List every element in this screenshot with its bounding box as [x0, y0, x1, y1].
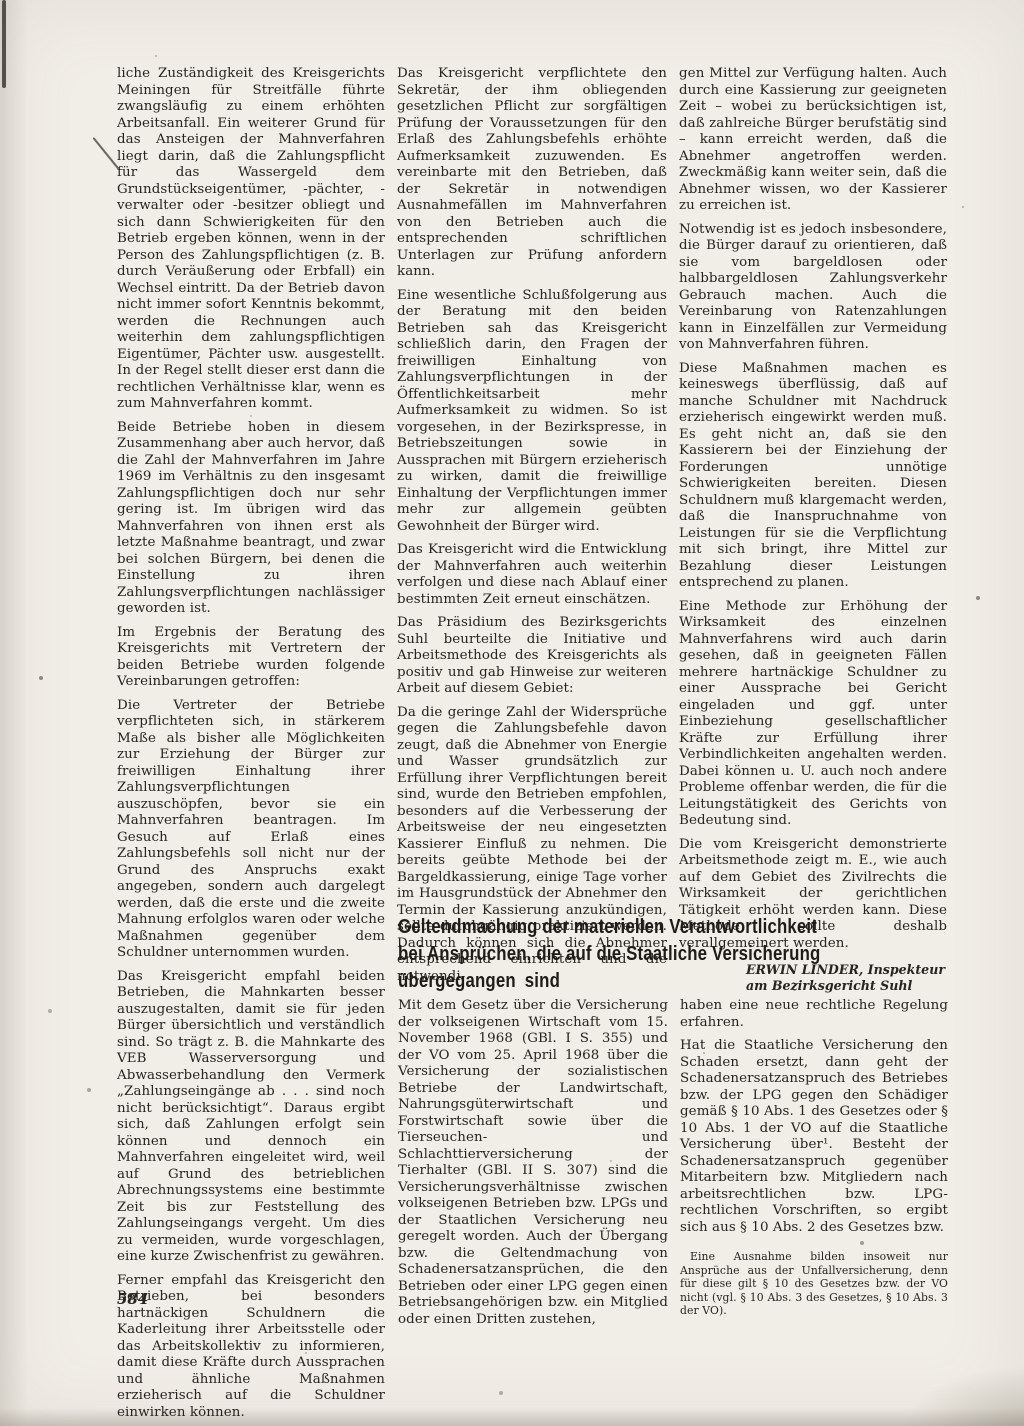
paragraph: haben eine neue rechtliche Regelung erfa…: [680, 998, 948, 1031]
paragraph: liche Zuständigkeit des Kreisgerichts Me…: [117, 66, 385, 413]
paragraph: Im Ergebnis der Beratung des Kreisgerich…: [117, 625, 385, 691]
footnote: Eine Ausnahme bilden insoweit nur Ansprü…: [680, 1250, 948, 1318]
page-number: 584: [117, 1290, 148, 1308]
paragraph: Notwendig ist es jedoch insbesondere, di…: [679, 222, 947, 354]
article2-title-line-2: bei Ansprüchen, die auf die Staatliche V…: [398, 941, 952, 968]
paragraph: Die Vertreter der Betriebe verpflichtete…: [117, 698, 385, 962]
paragraph: Ferner empfahl das Kreisgericht den Betr…: [117, 1273, 385, 1422]
paragraph: Eine Methode zur Erhöhung der Wirksamkei…: [679, 599, 947, 830]
paragraph: Beide Betriebe hoben in diesem Zusammenh…: [117, 420, 385, 618]
article2-title: Geltendmachung der materiellen Verantwor…: [398, 914, 952, 995]
scan-left-edge-shading: [0, 0, 28, 1426]
paragraph: Das Kreisgericht empfahl beiden Betriebe…: [117, 969, 385, 1266]
article2-title-line-1: Geltendmachung der materiellen Verantwor…: [398, 914, 952, 941]
paragraph: Hat die Staatliche Versicherung den Scha…: [680, 1038, 948, 1236]
article2-column-right: haben eine neue rechtliche Regelung erfa…: [680, 998, 948, 1335]
paragraph: Das Präsidium des Bezirksgerichts Suhl b…: [397, 615, 667, 698]
article2-title-line-3: übergegangen sind: [398, 968, 952, 995]
paragraph: gen Mittel zur Verfügung halten. Auch du…: [679, 66, 947, 215]
paragraph: Mit dem Gesetz über die Versicherung der…: [398, 998, 668, 1328]
paragraph: Eine wesentliche Schlußfolgerung aus der…: [397, 288, 667, 536]
scan-specks: [0, 0, 2, 2]
article1-column-1: liche Zuständigkeit des Kreisgerichts Me…: [117, 66, 385, 1426]
paragraph: Das Kreisgericht verpflichtete den Sekre…: [397, 66, 667, 281]
paragraph: Diese Maßnahmen machen es keineswegs übe…: [679, 361, 947, 592]
article-2: Mit dem Gesetz über die Versicherung der…: [398, 998, 948, 1335]
pen-mark: [92, 137, 119, 169]
scan-edge-line: [2, 0, 6, 88]
paragraph: Das Kreisgericht wird die Entwicklung de…: [397, 542, 667, 608]
article2-column-left: Mit dem Gesetz über die Versicherung der…: [398, 998, 668, 1335]
journal-page: liche Zuständigkeit des Kreisgerichts Me…: [0, 0, 1024, 1426]
